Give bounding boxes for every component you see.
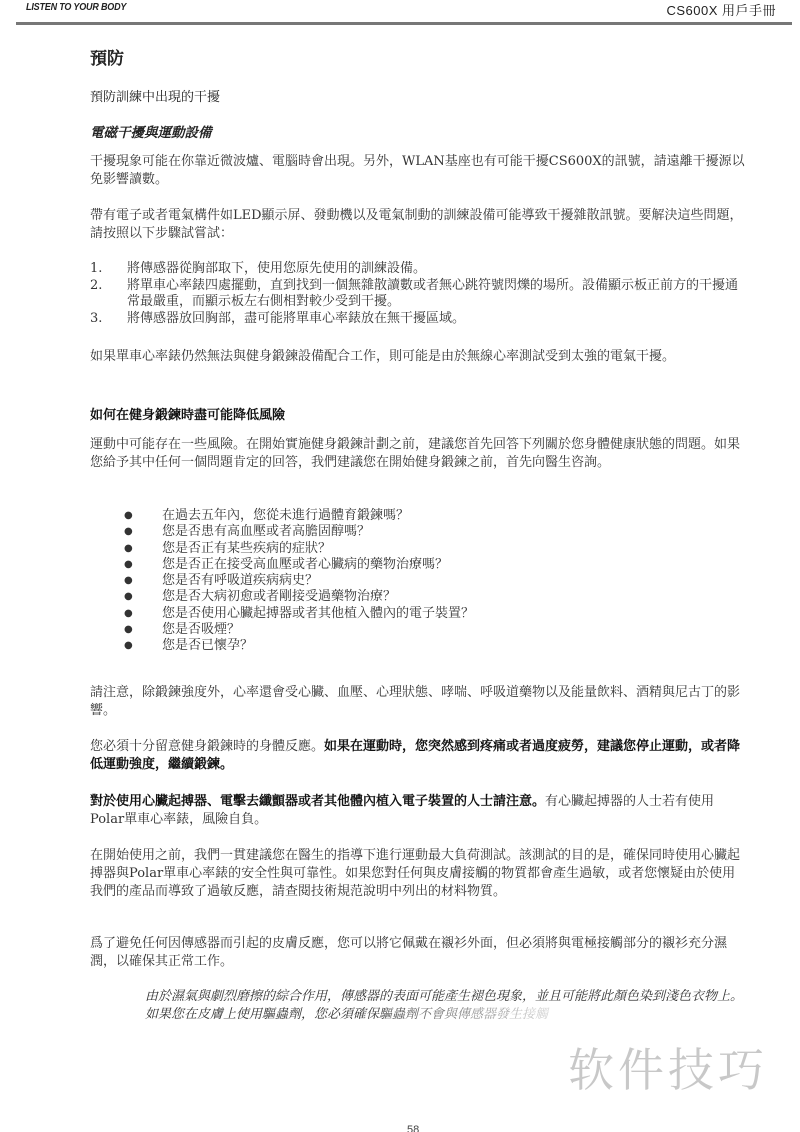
question-item: ●您是否吸煙？ [124,622,474,638]
interference-paragraph-1: 干擾現象可能在你靠近微波爐、電腦時會出現。另外，WLAN基座也有可能干擾CS60… [90,153,745,189]
step-number: 2. [90,278,102,295]
question-item: ●您是否有呼吸道疾病病史？ [124,573,474,589]
pacemaker-bold: 對於使用心臟起搏器、電擊去纖顫器或者其他體內植入電子裝置的人士請注意。 [90,794,545,809]
step-item: 3.將傳感器放回胸部，盡可能將單車心率錶放在無干擾區域。 [90,311,750,328]
bullet-icon: ● [124,557,133,573]
section-subtitle: 預防訓練中出現的干擾 [90,86,220,105]
step-text: 將單車心率錶四處擺動，直到找到一個無雜散讀數或者無心跳符號閃爍的場所。設備顯示板… [127,278,738,310]
page-content: 預防 預防訓練中出現的干擾 電磁干擾與運動設備 干擾現象可能在你靠近微波爐、電腦… [90,44,750,74]
bullet-icon: ● [124,541,133,557]
health-questions: ●在過去五年內，您從未進行過體育鍛鍊嗎？ ●您是否患有高血壓或者高膽固醇嗎？ ●… [124,508,474,655]
page-number: 58 [407,1124,419,1132]
interference-heading: 電磁干擾與運動設備 [90,121,212,141]
faded-text-overlay [360,1005,560,1019]
bullet-icon: ● [124,508,133,524]
test-paragraph: 在開始使用之前，我們一貫建議您在醫生的指導下進行運動最大負荷測試。該測試的目的是… [90,847,745,901]
question-item: ●您是否大病初愈或者剛接受過藥物治療？ [124,589,474,605]
caution-paragraph: 您必須十分留意健身鍛鍊時的身體反應。如果在運動時，您突然感到疼痛或者過度疲勞，建… [90,738,745,774]
question-item: ●您是否正在接受高血壓或者心臟病的藥物治療嗎？ [124,557,474,573]
question-item: ●您是否使用心臟起搏器或者其他植入體內的電子裝置？ [124,606,474,622]
risk-intro: 運動中可能存在一些風險。在開始實施健身鍛鍊計劃之前，建議您首先回答下列關於您身體… [90,436,745,472]
bullet-icon: ● [124,622,133,638]
header-divider [16,22,792,25]
step-number: 3. [90,311,102,328]
bullet-icon: ● [124,638,133,654]
caution-plain: 您必須十分留意健身鍛鍊時的身體反應。 [90,739,324,754]
step-item: 1.將傳感器從胸部取下，使用您原先使用的訓練設備。 [90,261,750,278]
bullet-icon: ● [124,589,133,605]
question-item: ●在過去五年內，您從未進行過體育鍛鍊嗎？ [124,508,474,524]
step-item: 2.將單車心率錶四處擺動，直到找到一個無雜散讀數或者無心跳符號閃爍的場所。設備顯… [90,278,750,311]
question-item: ●您是否患有高血壓或者高膽固醇嗎？ [124,524,474,540]
bullet-icon: ● [124,524,133,540]
pacemaker-paragraph: 對於使用心臟起搏器、電擊去纖顫器或者其他體內植入電子裝置的人士請注意。有心臟起搏… [90,793,745,829]
step-text: 將傳感器從胸部取下，使用您原先使用的訓練設備。 [127,261,426,276]
step-number: 1. [90,261,102,278]
interference-paragraph-2: 帶有電子或者電氣構件如LED顯示屏、發動機以及電氣制動的訓練設備可能導致干擾雜散… [90,207,745,243]
interference-paragraph-3: 如果單車心率錶仍然無法與健身鍛鍊設備配合工作，則可能是由於無線心率測試受到太強的… [90,348,745,366]
watermark: 软件技巧 [568,1034,768,1100]
troubleshooting-steps: 1.將傳感器從胸部取下，使用您原先使用的訓練設備。 2.將單車心率錶四處擺動，直… [90,261,750,327]
risk-heading: 如何在健身鍛鍊時盡可能降低風險 [90,404,285,423]
manual-title: CS600X 用戶手冊 [666,0,776,19]
question-item: ●您是否已懷孕？ [124,638,474,654]
bullet-icon: ● [124,573,133,589]
question-item: ●您是否正有某些疾病的症狀？ [124,541,474,557]
brand-tagline: LISTEN TO YOUR BODY [26,2,126,13]
section-title: 預防 [90,44,750,74]
heart-rate-note: 請注意，除鍛鍊強度外，心率還會受心臟、血壓、心理狀態、哮喘、呼吸道藥物以及能量飲… [90,684,745,720]
step-text: 將傳感器放回胸部，盡可能將單車心率錶放在無干擾區域。 [127,311,465,326]
bullet-icon: ● [124,606,133,622]
skin-paragraph: 爲了避免任何因傳感器而引起的皮膚反應，您可以將它佩戴在襯衫外面，但必須將與電極接… [90,935,745,971]
